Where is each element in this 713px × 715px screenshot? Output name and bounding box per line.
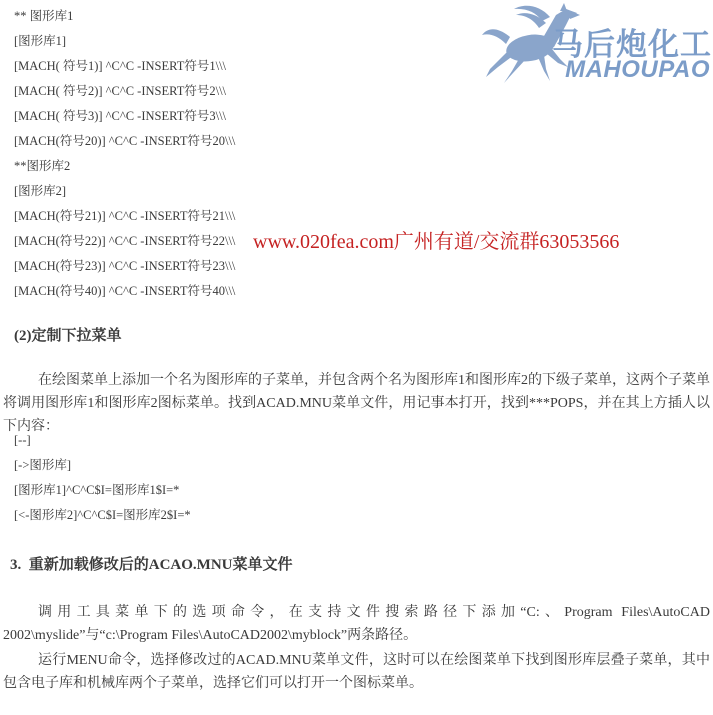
brand-logo: 马后炮化工 MAHOUPAO — [480, 3, 712, 95]
mnu-code-line: [图形库2] — [14, 179, 235, 204]
mnu-code-line: [--] — [14, 428, 191, 453]
mnu-code-line: [图形库1]^C^C$I=图形库1$I=* — [14, 478, 191, 503]
mnu-code-line: [MACH(符号40)] ^C^C -INSERT符号40\\\ — [14, 279, 235, 304]
section-heading-2: (2)定制下拉菜单 — [14, 324, 122, 345]
mnu-code-line: [MACH(符号23)] ^C^C -INSERT符号23\\\ — [14, 254, 235, 279]
mnu-code-line: [图形库1] — [14, 29, 235, 54]
mnu-code-line: [MACH(符号22)] ^C^C -INSERT符号22\\\ — [14, 229, 235, 254]
brand-name-english: MAHOUPAO — [565, 56, 710, 84]
mnu-code-listing: ** 图形库1 [图形库1] [MACH( 符号1)] ^C^C -INSERT… — [14, 4, 235, 304]
mnu-code-line: ** 图形库1 — [14, 4, 235, 29]
mnu-code-line: [<-图形库2]^C^C$I=图形库2$I=* — [14, 503, 191, 528]
mnu-code-line: [MACH(符号21)] ^C^C -INSERT符号21\\\ — [14, 204, 235, 229]
popmenu-code-listing: [--] [->图形库] [图形库1]^C^C$I=图形库1$I=* [<-图形… — [14, 428, 191, 528]
mnu-code-line: [MACH(符号20)] ^C^C -INSERT符号20\\\ — [14, 129, 235, 154]
mnu-code-line: [MACH( 符号3)] ^C^C -INSERT符号3\\\ — [14, 104, 235, 129]
mnu-code-line: **图形库2 — [14, 154, 235, 179]
mnu-code-line: [->图形库] — [14, 453, 191, 478]
section-heading-3: 3. 重新加载修改后的ACAO.MNU菜单文件 — [10, 553, 293, 574]
watermark-text: www.020fea.com广州有道/交流群63053566 — [253, 225, 619, 254]
section3-paragraph-1: 调用工具菜单下的选项命令，在支持文件搜索路径下添加“C:、Program Fil… — [3, 601, 710, 647]
mnu-code-line: [MACH( 符号2)] ^C^C -INSERT符号2\\\ — [14, 79, 235, 104]
mnu-code-line: [MACH( 符号1)] ^C^C -INSERT符号1\\\ — [14, 54, 235, 79]
section3-paragraph-2: 运行MENU命令，选择修改过的ACAD.MNU菜单文件，这时可以在绘图菜单下找到… — [3, 649, 710, 695]
